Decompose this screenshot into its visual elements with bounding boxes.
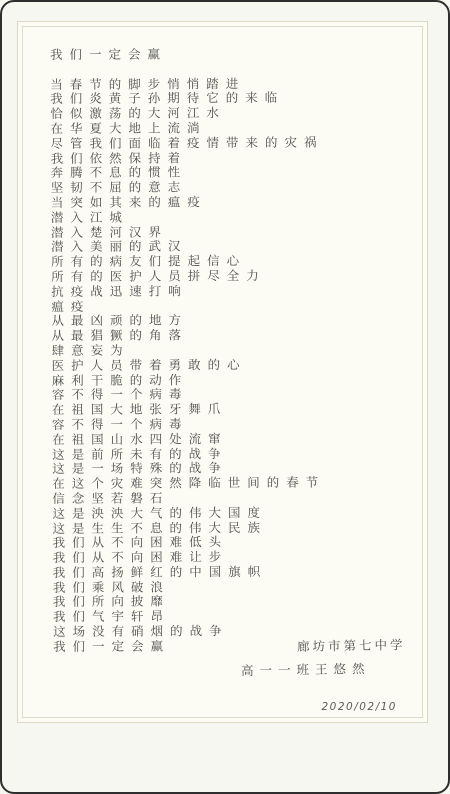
poem-line: 信念坚若磐石	[52, 490, 325, 506]
date-text: 2020/02/10	[321, 701, 397, 713]
poem-line: 这是泱泱大气的伟大国度	[52, 505, 325, 521]
signature-school: 廊坊市第七中学	[297, 635, 406, 655]
poem-line: 从最猖獗的角落	[51, 328, 324, 344]
poem-line: 在祖国山水四处流窜	[52, 431, 325, 447]
poem-line: 我们一定会赢	[53, 638, 326, 654]
poem-line: 这场没有硝烟的战争	[53, 624, 326, 640]
poem-line: 潜入江城	[51, 209, 324, 225]
poem-line: 我们所向披靡	[53, 594, 326, 610]
poem-line: 医护人员带着勇敢的心	[52, 357, 325, 373]
poem-lines: 当春节的脚步悄悄踏进我们炎黄子孙期待它的来临恰似激荡的大河江水在华夏大地上流淌尽…	[50, 76, 326, 654]
photo-of-handwritten-poem: 我们一定会赢 当春节的脚步悄悄踏进我们炎黄子孙期待它的来临恰似激荡的大河江水在华…	[0, 0, 450, 794]
poem-line: 在这个灾难突然降临世间的春节	[52, 476, 325, 492]
poem-line: 容不得一个病毒	[52, 416, 325, 432]
poem-line: 尽管我们面临着疫情带来的灾祸	[50, 135, 323, 151]
signature-author: 高一一班王悠然	[241, 659, 371, 679]
poem-line: 我们高扬鲜红的中国旗帜	[53, 564, 326, 580]
poem-line: 我们乘风破浪	[53, 579, 326, 595]
poem-line: 当突如其来的瘟疫	[51, 195, 324, 211]
poem-title: 我们一定会赢	[50, 47, 323, 63]
poem-line: 抗疫战迅速打响	[51, 283, 324, 299]
title-gap	[50, 61, 323, 77]
poem-body: 我们一定会赢 当春节的脚步悄悄踏进我们炎黄子孙期待它的来临恰似激荡的大河江水在华…	[50, 47, 326, 655]
